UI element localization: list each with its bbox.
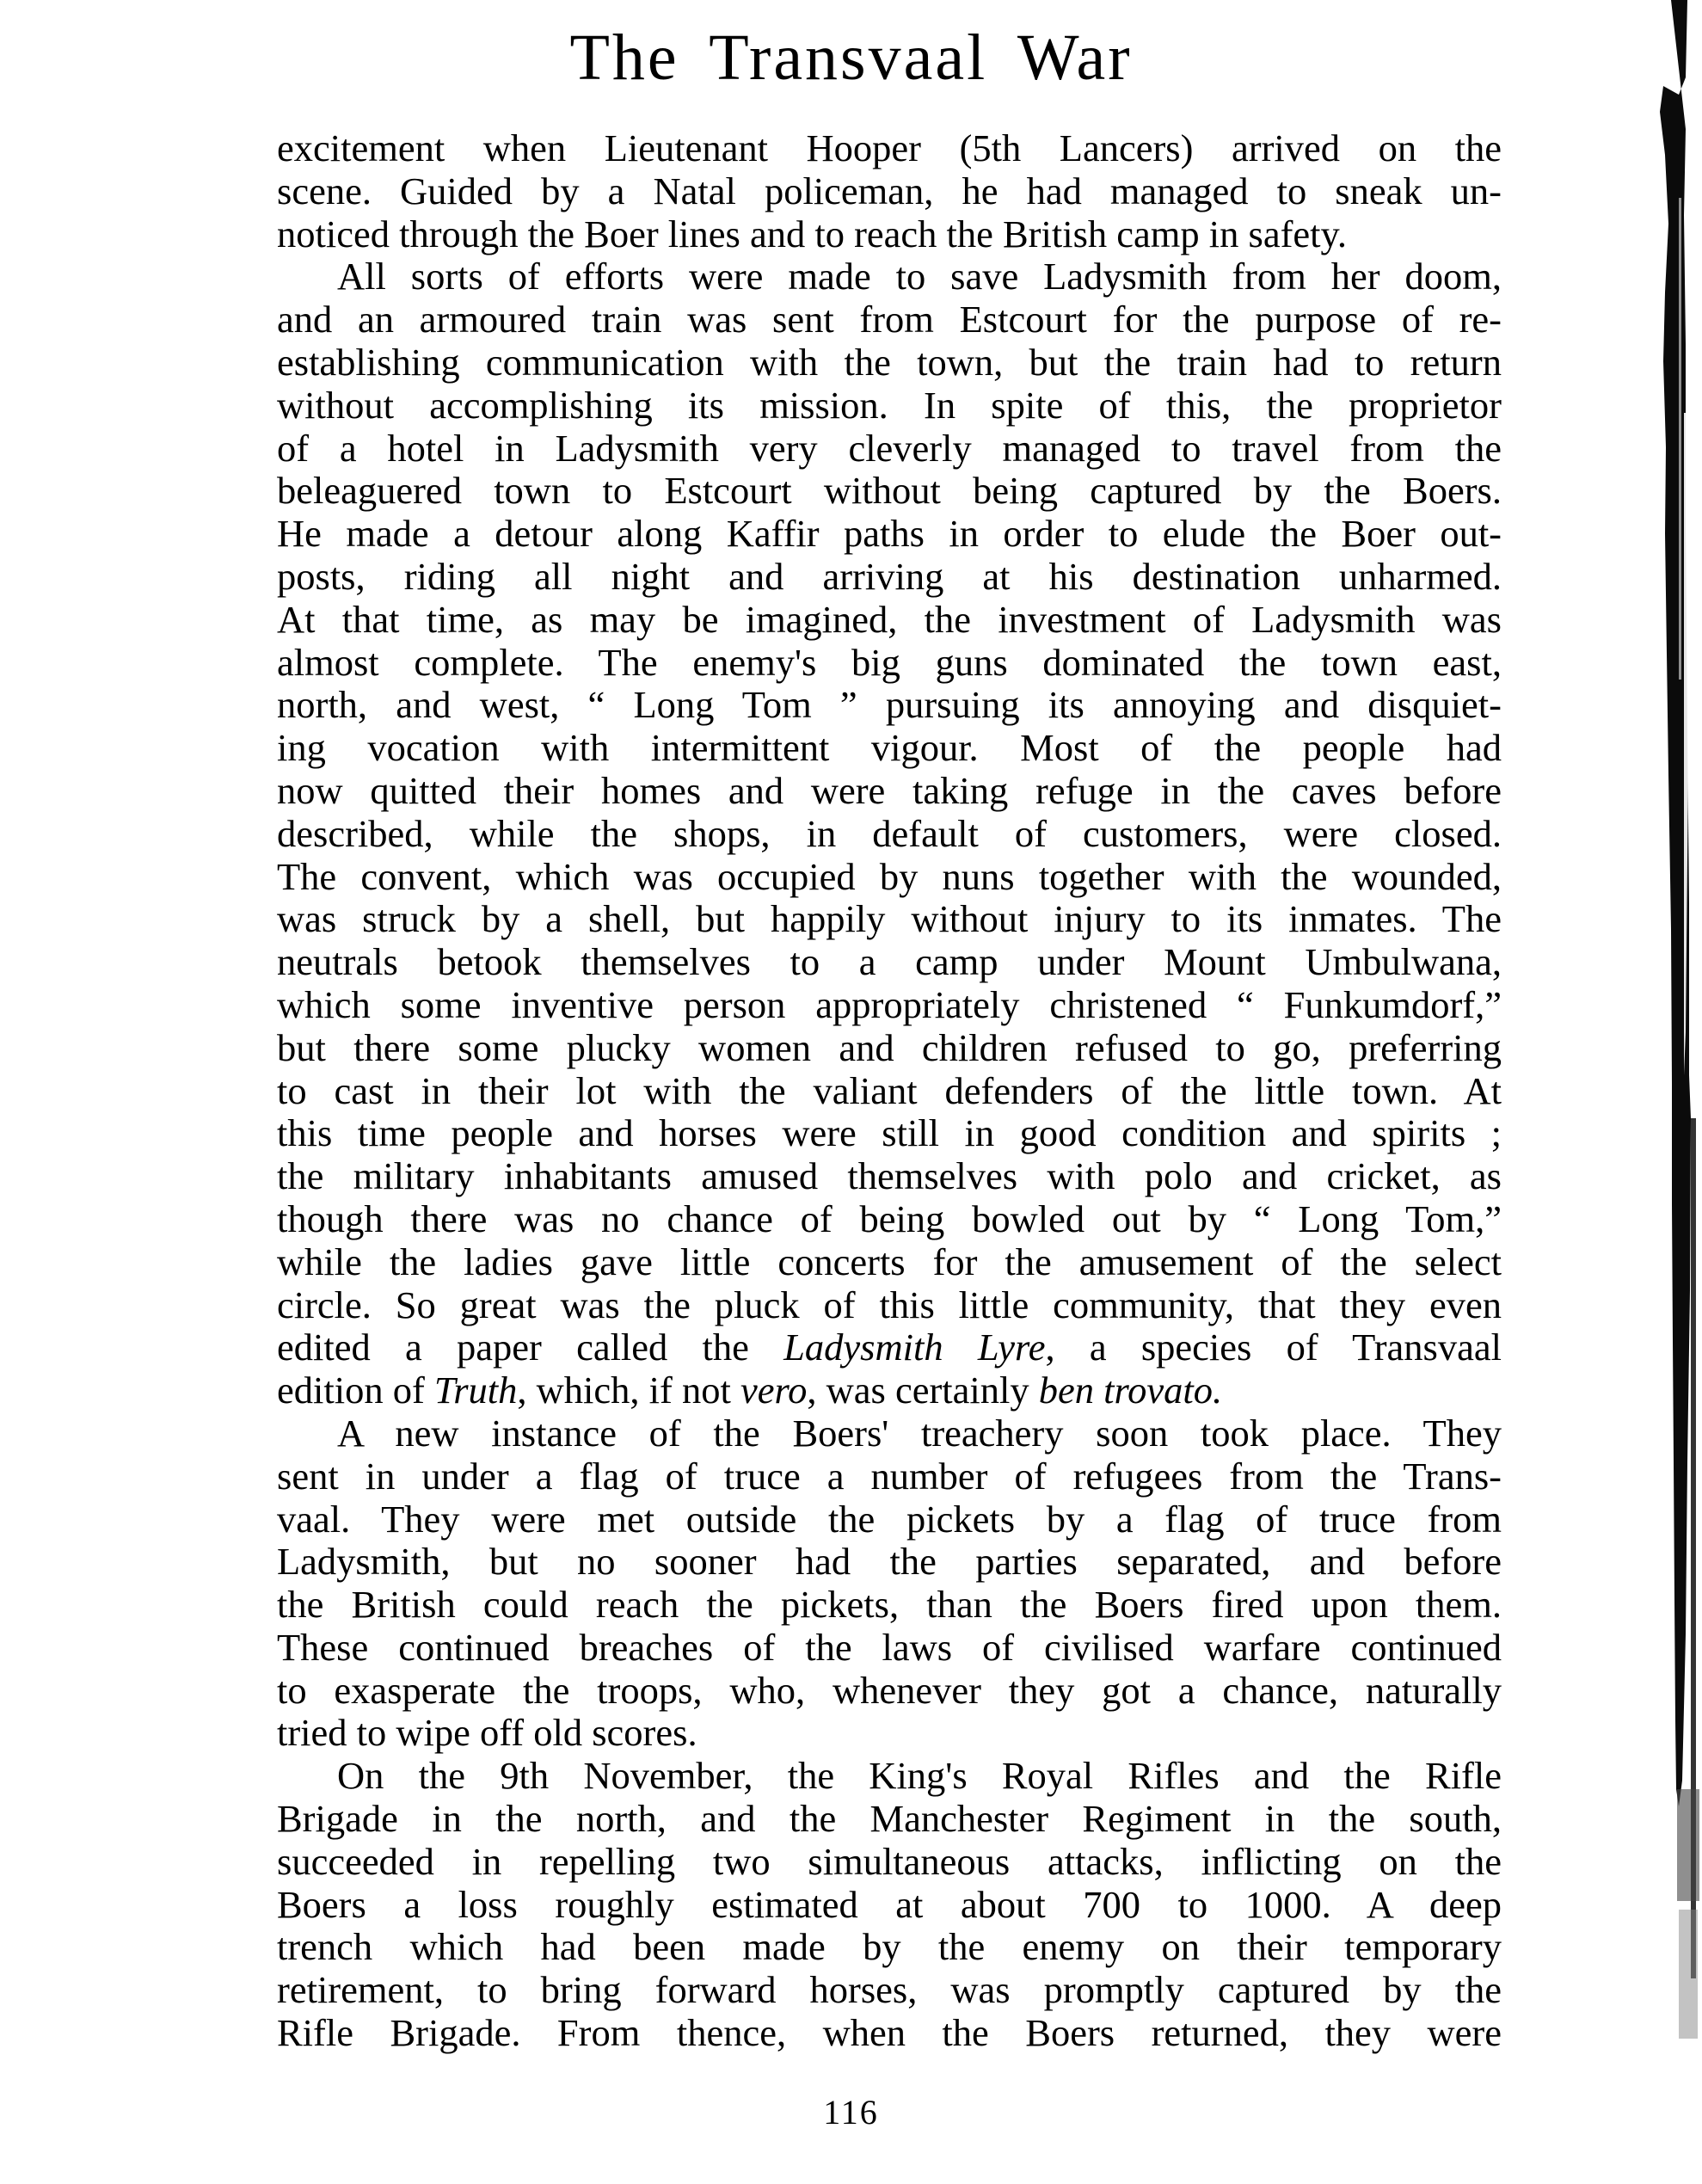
text-line: succeeded in repelling two simultaneous … bbox=[277, 1841, 1502, 1884]
page-title: The Transvaal War bbox=[0, 19, 1702, 96]
text-line: to cast in their lot with the valiant de… bbox=[277, 1070, 1502, 1113]
text-line: now quitted their homes and were taking … bbox=[277, 770, 1502, 813]
text-line: the British could reach the pickets, tha… bbox=[277, 1584, 1502, 1627]
text-segment: edited a paper called the bbox=[277, 1326, 783, 1369]
text-line: was struck by a shell, but happily witho… bbox=[277, 898, 1502, 941]
text-line: vaal. They were met outside the pickets … bbox=[277, 1498, 1502, 1541]
text-line: scene. Guided by a Natal policeman, he h… bbox=[277, 170, 1502, 213]
text-line: Brigade in the north, and the Manchester… bbox=[277, 1798, 1502, 1841]
text-line: the military inhabitants amused themselv… bbox=[277, 1155, 1502, 1198]
text-line: Boers a loss roughly estimated at about … bbox=[277, 1884, 1502, 1927]
text-line: to exasperate the troops, who, whenever … bbox=[277, 1670, 1502, 1713]
text-line: almost complete. The enemy's big guns do… bbox=[277, 642, 1502, 685]
text-line: but there some plucky women and children… bbox=[277, 1027, 1502, 1070]
paragraph: All sorts of efforts were made to save L… bbox=[277, 255, 1502, 1412]
text-line: of a hotel in Ladysmith very cleverly ma… bbox=[277, 428, 1502, 471]
text-line: north, and west, “ Long Tom ” pursuing i… bbox=[277, 684, 1502, 727]
text-line: ing vocation with intermittent vigour. M… bbox=[277, 727, 1502, 770]
text-line: without accomplishing its mission. In sp… bbox=[277, 385, 1502, 428]
italic-title-truth: Truth bbox=[434, 1369, 517, 1412]
text-line: A new instance of the Boers' treachery s… bbox=[277, 1412, 1502, 1455]
text-line: neutrals betook themselves to a camp und… bbox=[277, 941, 1502, 984]
text-line-with-italic: edited a paper called the Ladysmith Lyre… bbox=[277, 1326, 1502, 1369]
text-line: sent in under a flag of truce a number o… bbox=[277, 1455, 1502, 1498]
italic-title-ladysmith-lyre: Ladysmith Lyre bbox=[783, 1326, 1045, 1369]
text-line: while the ladies gave little concerts fo… bbox=[277, 1241, 1502, 1284]
italic-phrase-ben-trovato: ben trovato. bbox=[1039, 1369, 1222, 1412]
text-line: All sorts of efforts were made to save L… bbox=[277, 255, 1502, 298]
text-line: this time people and horses were still i… bbox=[277, 1112, 1502, 1155]
text-line: The convent, which was occupied by nuns … bbox=[277, 856, 1502, 899]
text-line: At that time, as may be imagined, the in… bbox=[277, 599, 1502, 642]
text-segment: , was certainly bbox=[807, 1369, 1038, 1412]
text-line: noticed through the Boer lines and to re… bbox=[277, 213, 1502, 256]
page-number: 116 bbox=[0, 2092, 1702, 2132]
paragraph: excitement when Lieutenant Hooper (5th L… bbox=[277, 127, 1502, 255]
text-line: tried to wipe off old scores. bbox=[277, 1712, 1502, 1755]
text-line: beleaguered town to Estcourt without bei… bbox=[277, 470, 1502, 513]
text-line: retirement, to bring forward horses, was… bbox=[277, 1969, 1502, 2012]
scan-binding-edge bbox=[1634, 0, 1702, 2184]
text-line: On the 9th November, the King's Royal Ri… bbox=[277, 1755, 1502, 1798]
italic-word-vero: vero bbox=[740, 1369, 807, 1412]
text-line: and an armoured train was sent from Estc… bbox=[277, 298, 1502, 341]
body-text: excitement when Lieutenant Hooper (5th L… bbox=[277, 127, 1502, 2055]
text-line: Rifle Brigade. From thence, when the Boe… bbox=[277, 2012, 1502, 2055]
text-segment: , a species of Transvaal bbox=[1045, 1326, 1502, 1369]
paragraph: On the 9th November, the King's Royal Ri… bbox=[277, 1755, 1502, 2055]
text-segment: , which, if not bbox=[517, 1369, 740, 1412]
text-line: described, while the shops, in default o… bbox=[277, 813, 1502, 856]
paragraph: A new instance of the Boers' treachery s… bbox=[277, 1412, 1502, 1755]
text-line: Ladysmith, but no sooner had the parties… bbox=[277, 1541, 1502, 1584]
text-line: which some inventive person appropriatel… bbox=[277, 984, 1502, 1027]
text-line: He made a detour along Kaffir paths in o… bbox=[277, 513, 1502, 556]
text-segment: edition of bbox=[277, 1369, 434, 1412]
text-line: circle. So great was the pluck of this l… bbox=[277, 1284, 1502, 1327]
text-line: establishing communication with the town… bbox=[277, 341, 1502, 385]
text-line-with-italic: edition of Truth, which, if not vero, wa… bbox=[277, 1369, 1502, 1412]
text-line: These continued breaches of the laws of … bbox=[277, 1627, 1502, 1670]
text-line: excitement when Lieutenant Hooper (5th L… bbox=[277, 127, 1502, 170]
text-line: posts, riding all night and arriving at … bbox=[277, 556, 1502, 599]
text-line: trench which had been made by the enemy … bbox=[277, 1926, 1502, 1969]
text-line: though there was no chance of being bowl… bbox=[277, 1198, 1502, 1241]
